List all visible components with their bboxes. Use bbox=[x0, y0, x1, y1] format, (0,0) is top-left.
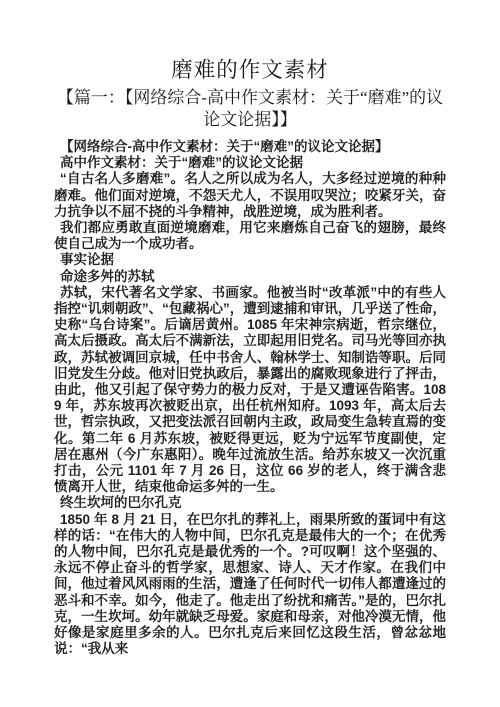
section-heading-balzac: 终生坎坷的巴尔孔克 bbox=[54, 495, 446, 511]
paragraph-balzac-story: 1850 年 8 月 21 日，在巴尔扎的葬礼上，雨果所致的蛋词中有这样的话：“… bbox=[54, 512, 446, 658]
paragraph-intro-2: 我们都应勇敢直面逆境磨难，用它来磨炼自己奋飞的翅膀，最终使自己成为一个成功者。 bbox=[54, 220, 446, 252]
document-subtitle: 【篇一：【网络综合-高中作文素材：关于“磨难”的议论文论据】】 bbox=[54, 87, 446, 130]
paragraph-sushi-story: 苏轼，宋代著名文学家、书画家。他被当时“改革派”中的有些人指控“讥刺朝政”、“包… bbox=[54, 285, 446, 496]
paragraph-intro: “自古名人多磨难”。名人之所以成为名人，大多经过逆境的种种磨难。他们面对逆境，不… bbox=[54, 171, 446, 220]
paragraph-topic-line: 高中作文素材：关于“磨难”的议论文论据 bbox=[54, 155, 446, 171]
document-title: 磨难的作文素材 bbox=[54, 56, 446, 84]
paragraph-bracket-header: 【网络综合-高中作文素材：关于“磨难”的议论文论据】 bbox=[54, 139, 446, 155]
section-heading-factual-evidence: 事实论据 bbox=[54, 252, 446, 268]
document-body: 【网络综合-高中作文素材：关于“磨难”的议论文论据】 高中作文素材：关于“磨难”… bbox=[54, 139, 446, 658]
section-heading-sushi: 命途多舛的苏轼 bbox=[54, 269, 446, 285]
document-page: 磨难的作文素材 【篇一：【网络综合-高中作文素材：关于“磨难”的议论文论据】】 … bbox=[0, 0, 500, 707]
